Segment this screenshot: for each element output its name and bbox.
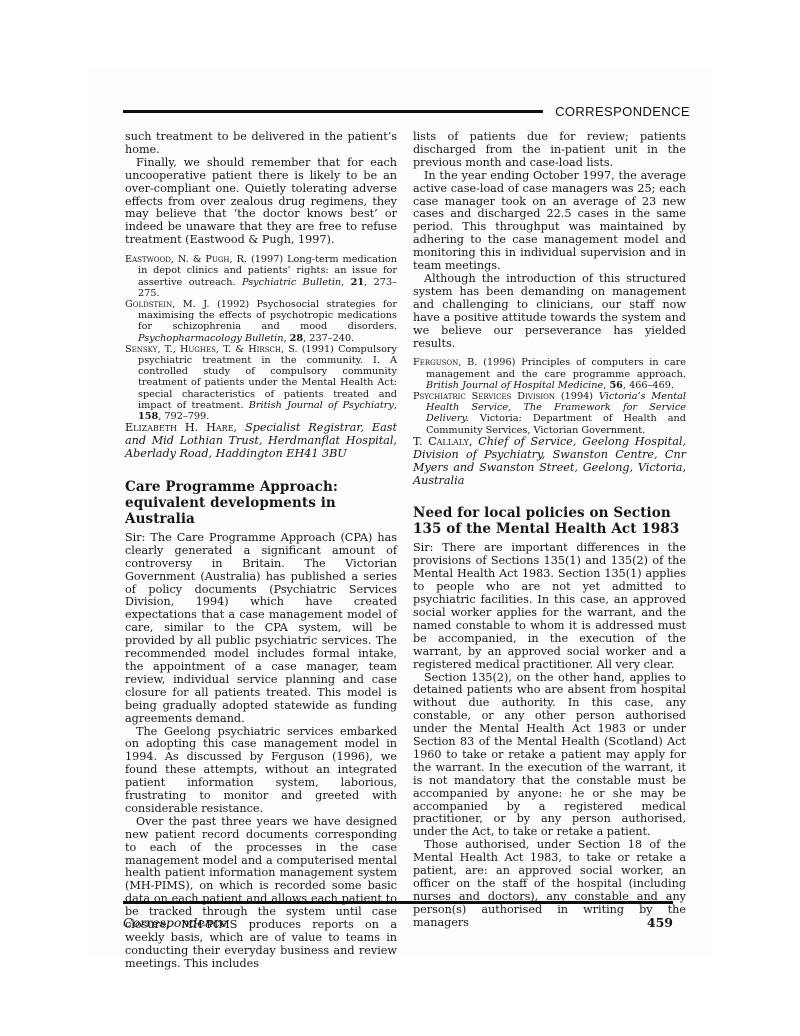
reference: Sensky, T., Hughes, T. & Hirsch, S. (199… — [125, 344, 397, 422]
paragraph: In the year ending October 1997, the ave… — [413, 170, 686, 273]
reference: Psychiatric Services Division (1994) Vic… — [413, 391, 686, 436]
page-number: 459 — [647, 915, 673, 930]
author-signature: T. Callaly, Chief of Service, Geelong Ho… — [413, 436, 686, 488]
author-signature: Elizabeth H. Hare, Specialist Registrar,… — [125, 422, 397, 461]
paragraph: Sir: The Care Programme Approach (CPA) h… — [125, 532, 397, 726]
reference: Ferguson, B. (1996) Principles of comput… — [413, 357, 686, 391]
header-rule — [123, 110, 543, 113]
paragraph: Section 135(2), on the other hand, appli… — [413, 672, 686, 840]
paragraph: Over the past three years we have design… — [125, 816, 397, 971]
paragraph: Sir: There are important differences in … — [413, 542, 686, 671]
paragraph: The Geelong psychiatric services embarke… — [125, 726, 397, 816]
reference-list: Ferguson, B. (1996) Principles of comput… — [413, 357, 686, 435]
journal-page: CORRESPONDENCE such treatment to be deli… — [88, 68, 712, 956]
paragraph: such treatment to be delivered in the pa… — [125, 131, 397, 157]
left-column: such treatment to be delivered in the pa… — [125, 131, 397, 971]
letter-title: Need for local policies on Section 135 o… — [413, 505, 686, 537]
footer-rule — [123, 901, 673, 904]
running-head: CORRESPONDENCE — [555, 104, 690, 119]
paragraph: lists of patients due for review; patien… — [413, 131, 686, 170]
reference: Eastwood, N. & Pugh, R. (1997) Long-term… — [125, 254, 397, 299]
letter-title: Care Programme Approach: equivalent deve… — [125, 479, 397, 527]
right-column: lists of patients due for review; patien… — [413, 131, 686, 930]
footer-section-title: Correspondence — [123, 915, 227, 930]
reference: Goldstein, M. J. (1992) Psychosocial str… — [125, 299, 397, 344]
paragraph: Finally, we should remember that for eac… — [125, 157, 397, 247]
reference-list: Eastwood, N. & Pugh, R. (1997) Long-term… — [125, 254, 397, 422]
page-header: CORRESPONDENCE — [123, 104, 690, 119]
page-footer: Correspondence 459 — [123, 915, 673, 930]
paragraph: Although the introduction of this struct… — [413, 273, 686, 350]
